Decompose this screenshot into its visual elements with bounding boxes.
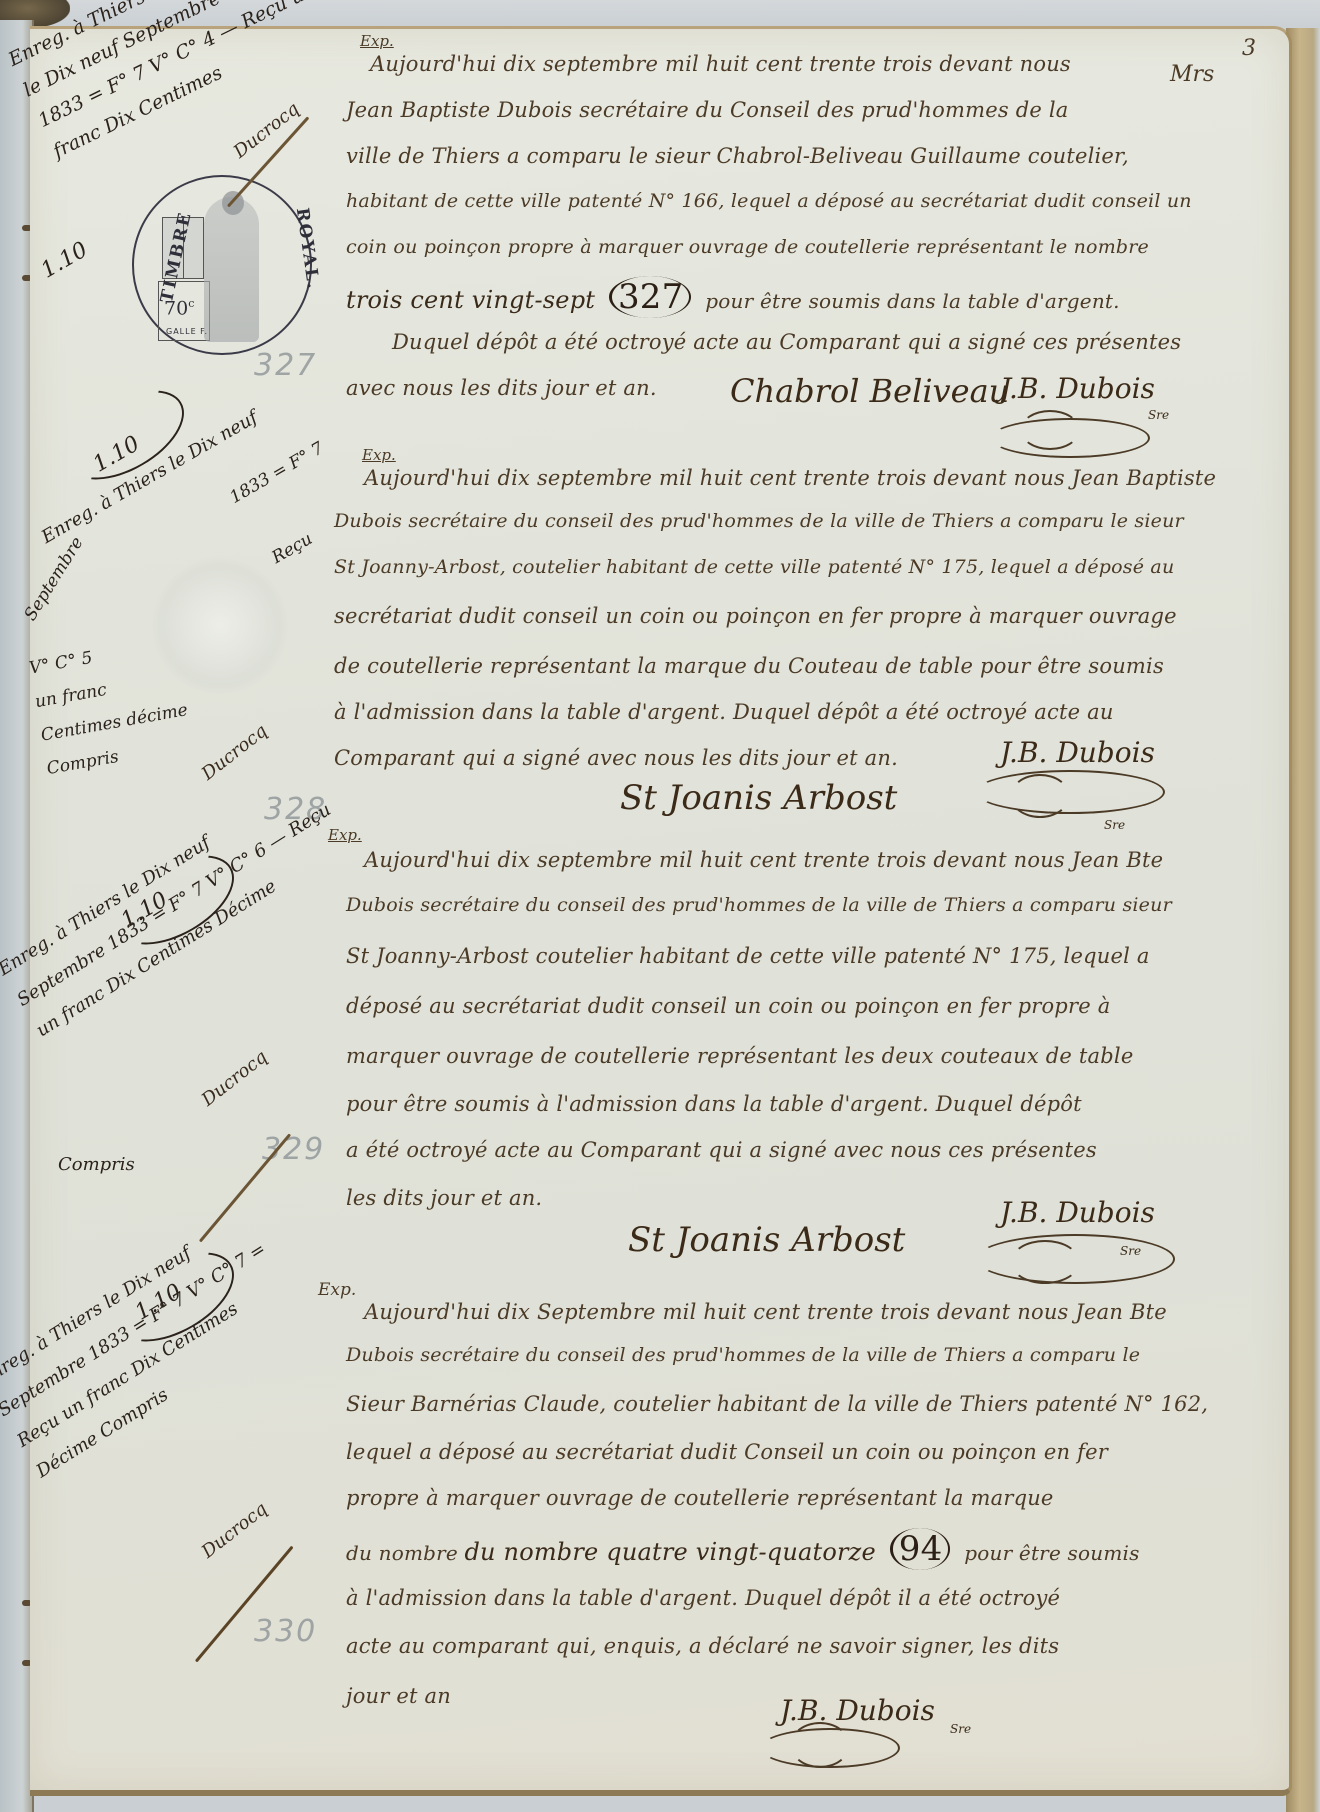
entry-line: lequel a déposé au secrétariat dudit Con… <box>346 1440 1108 1464</box>
folio-number: 3 <box>1242 36 1256 61</box>
secretary-title-4: Sre <box>950 1722 971 1736</box>
entry-line: trois cent vingt-sept 327 pour être soum… <box>346 276 1120 318</box>
signature-flourish <box>975 770 1165 814</box>
header-annotation: Mrs <box>1170 62 1214 87</box>
entry-line: Aujourd'hui dix septembre mil huit cent … <box>370 52 1071 76</box>
signature-comparant-2: St Joanis Arbost <box>620 778 897 818</box>
entry-line: Aujourd'hui dix septembre mil huit cent … <box>364 848 1163 872</box>
entry-text: du nombre <box>346 1541 464 1565</box>
entry-line: ville de Thiers a comparu le sieur Chabr… <box>346 144 1129 168</box>
entry-line: Comparant qui a signé avec nous les dits… <box>334 746 898 770</box>
entry-line: avec nous les dits jour et an. <box>346 376 657 400</box>
entry-line: jour et an <box>346 1684 451 1708</box>
signature-comparant-1: Chabrol Beliveau <box>730 372 1009 410</box>
stamp-value: 70c <box>164 297 194 319</box>
facing-page-edge <box>0 20 34 1812</box>
signature-flourish <box>790 1722 850 1768</box>
entry-line: les dits jour et an. <box>346 1186 542 1210</box>
pencil-number-3: 329 <box>262 1132 325 1167</box>
signature-secretary-2: J.B. Dubois <box>1000 736 1155 769</box>
entry-label-4: Exp. <box>318 1280 356 1300</box>
entry-line: Dubois secrétaire du conseil des prud'ho… <box>334 510 1184 532</box>
margin-annotation-2e: V° C° 5 un franc Centimes décime Compris <box>26 626 196 786</box>
entry-line: du nombre du nombre quatre vingt-quatorz… <box>346 1528 1140 1570</box>
entry-line: Jean Baptiste Dubois secrétaire du Conse… <box>346 98 1069 122</box>
entry-line: à l'admission dans la table d'argent. Du… <box>334 700 1114 724</box>
entry-line: Dubois secrétaire du conseil des prud'ho… <box>346 894 1172 916</box>
entry-line: de coutellerie représentant la marque du… <box>334 654 1164 678</box>
entry-line: à l'admission dans la table d'argent. Du… <box>346 1586 1060 1610</box>
signature-comparant-3: St Joanis Arbost <box>628 1220 905 1260</box>
entry-text: pour être soumis <box>964 1541 1139 1565</box>
entry-line: déposé au secrétariat dudit conseil un c… <box>346 994 1110 1018</box>
entry-line: Sieur Barnérias Claude, coutelier habita… <box>346 1392 1208 1416</box>
mark-number: 327 <box>609 276 692 318</box>
entry-line: Aujourd'hui dix Septembre mil huit cent … <box>364 1300 1167 1324</box>
entry-line: marquer ouvrage de coutellerie représent… <box>346 1044 1133 1068</box>
mark-number: 94 <box>890 1528 951 1570</box>
signature-flourish <box>1020 410 1080 450</box>
entry-line: secrétariat dudit conseil un coin ou poi… <box>334 604 1177 628</box>
entry-label-1: Exp. <box>360 32 394 50</box>
entry-line: St Joanny-Arbost coutelier habitant de c… <box>346 944 1150 968</box>
entry-line: acte au comparant qui, enquis, a déclaré… <box>346 1634 1059 1658</box>
entry-line: a été octroyé acte au Comparant qui a si… <box>346 1138 1097 1162</box>
signature-secretary-1: J.B. Dubois <box>1000 372 1155 405</box>
pencil-number-4: 330 <box>254 1614 317 1649</box>
secretary-title-3: Sre <box>1120 1244 1141 1258</box>
entry-label-3: Exp. <box>328 826 362 844</box>
allegorical-figure-icon <box>204 197 259 342</box>
entry-text: pour être soumis dans la table d'argent. <box>705 289 1119 313</box>
signature-flourish <box>1010 1240 1080 1284</box>
entry-line: St Joanny-Arbost, coutelier habitant de … <box>334 556 1174 578</box>
secretary-title-1: Sre <box>1148 408 1169 422</box>
signature-secretary-3: J.B. Dubois <box>1000 1196 1155 1229</box>
entry-line: Duquel dépôt a été octroyé acte au Compa… <box>392 330 1181 354</box>
number-in-words: du nombre quatre vingt-quatorze <box>464 1538 875 1566</box>
secretary-title-2: Sre <box>1104 818 1125 832</box>
entry-line: propre à marquer ouvrage de coutellerie … <box>346 1486 1054 1510</box>
entry-line: pour être soumis à l'admission dans la t… <box>346 1092 1082 1116</box>
entry-line: Dubois secrétaire du conseil des prud'ho… <box>346 1344 1140 1366</box>
entry-label-2: Exp. <box>362 446 396 464</box>
number-in-words: trois cent vingt-sept <box>346 286 595 314</box>
margin-annotation-3b: Compris <box>58 1148 135 1182</box>
entry-line: Aujourd'hui dix septembre mil huit cent … <box>364 466 1216 490</box>
signature-secretary-4: J.B. Dubois <box>780 1694 935 1727</box>
royal-tax-stamp: TIMBRE ROYAL. 70c GALLE F. <box>132 175 312 355</box>
signature-flourish <box>1010 774 1070 818</box>
pencil-number-1: 327 <box>254 348 317 383</box>
entry-line: habitant de cette ville patenté N° 166, … <box>346 190 1192 212</box>
stamp-engraver: GALLE F. <box>166 327 208 336</box>
entry-line: coin ou poinçon propre à marquer ouvrage… <box>346 236 1149 258</box>
